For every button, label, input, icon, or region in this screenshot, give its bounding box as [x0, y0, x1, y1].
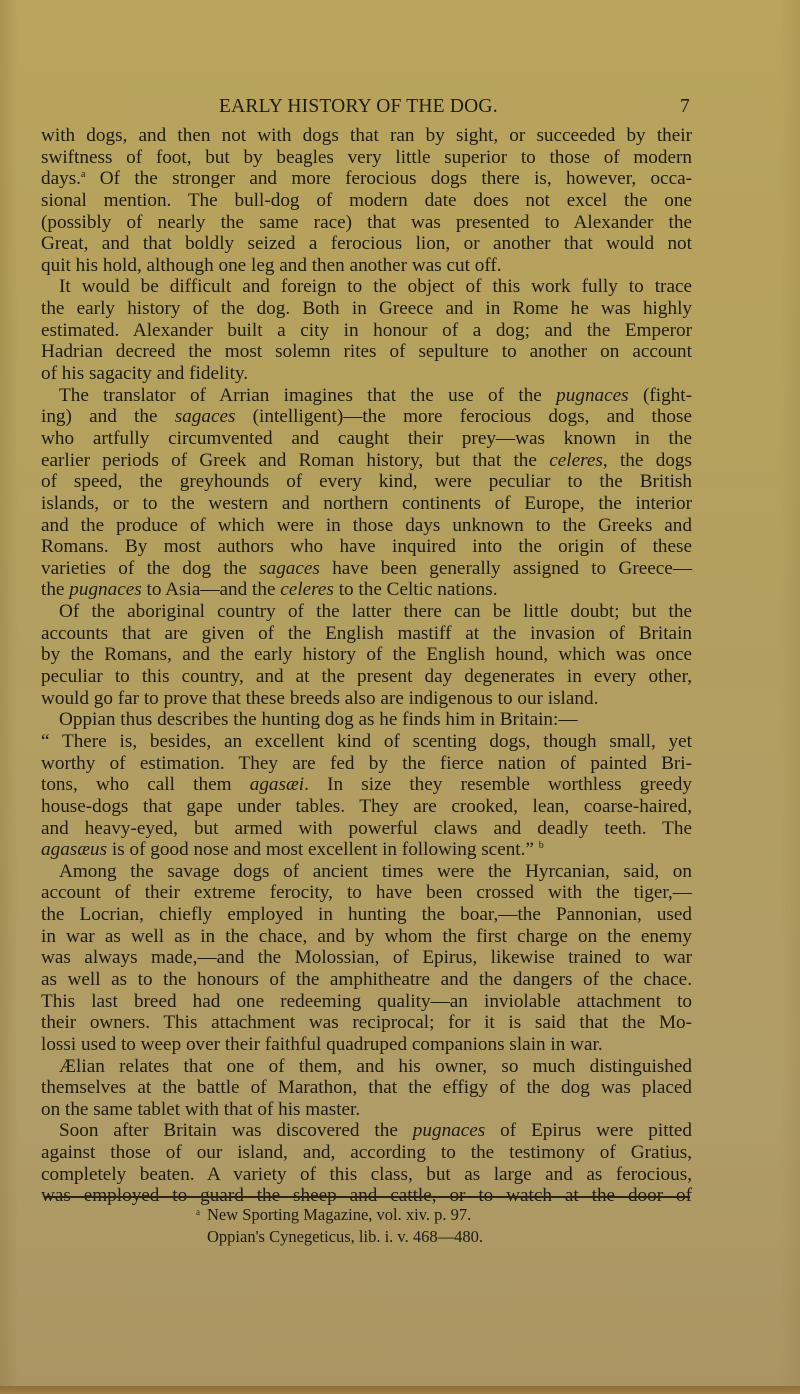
text-run: , the dogs [603, 450, 692, 471]
text-run: Of the aboriginal country of the latter … [59, 601, 692, 622]
text-line: Ælian relates that one of them, and his … [41, 1056, 692, 1078]
italic-term: agasæi [250, 774, 304, 795]
text-line: swiftness of foot, but by beagles very l… [41, 147, 692, 169]
text-run: of Epirus were pitted [485, 1120, 692, 1141]
text-run: to the Celtic nations. [334, 579, 498, 600]
footnote-rule [45, 1196, 690, 1198]
footnote-text: New Sporting Magazine, vol. xiv. p. 97. [207, 1205, 471, 1224]
text-line: account of their extreme ferocity, to ha… [41, 882, 692, 904]
text-line: sional mention. The bull-dog of modern d… [41, 190, 692, 212]
text-run: worthy of estimation. They are fed by th… [41, 753, 692, 774]
text-run: would go far to prove that these breeds … [41, 688, 598, 709]
text-run: in war as well as in the chace, and by w… [41, 926, 692, 947]
text-line: the Locrian, chiefly employed in hunting… [41, 904, 692, 926]
text-run: the early history of the dog. Both in Gr… [41, 298, 692, 319]
text-line: earlier periods of Greek and Roman histo… [41, 450, 692, 472]
text-run: days. [41, 168, 81, 189]
text-run: as well as to the honours of the amphith… [41, 969, 692, 990]
text-line: themselves at the battle of Marathon, th… [41, 1077, 692, 1099]
text-run: and the produce of which were in those d… [41, 515, 692, 536]
text-run: themselves at the battle of Marathon, th… [41, 1077, 692, 1098]
text-line: tons, who call them agasæi. In size they… [41, 774, 692, 796]
text-line: Of the aboriginal country of the latter … [41, 601, 692, 623]
text-run: swiftness of foot, but by beagles very l… [41, 147, 692, 168]
text-run: earlier periods of Greek and Roman histo… [41, 450, 549, 471]
text-run: on the same tablet with that of his mast… [41, 1099, 360, 1120]
text-run: This last breed had one redeeming qualit… [41, 991, 692, 1012]
text-run: the Locrian, chiefly employed in hunting… [41, 904, 692, 925]
text-run: ing) and the [41, 406, 175, 427]
italic-term: celeres [549, 450, 603, 471]
text-run: (intelligent)—the more ferocious dogs, a… [235, 406, 692, 427]
italic-term: agasæus [41, 839, 107, 860]
text-line: the pugnaces to Asia—and the celeres to … [41, 579, 692, 601]
text-line: The translator of Arrian imagines that t… [41, 385, 692, 407]
text-run: (possibly of nearly the same race) that … [41, 212, 692, 233]
text-run: completely beaten. A variety of this cla… [41, 1164, 692, 1185]
text-run: house-dogs that gape under tables. They … [41, 796, 692, 817]
text-run: quit his hold, although one leg and then… [41, 255, 502, 276]
text-run: with dogs, and then not with dogs that r… [41, 125, 692, 146]
page-bottom-edge [0, 1386, 800, 1394]
text-line: islands, or to the western and northern … [41, 493, 692, 515]
text-line: agasæus is of good nose and most excelle… [41, 839, 692, 861]
italic-term: sagaces [175, 406, 236, 427]
text-line: and heavy-eyed, but armed with powerful … [41, 818, 692, 840]
text-run: by the Romans, and the early history of … [41, 644, 692, 665]
text-line: (possibly of nearly the same race) that … [41, 212, 692, 234]
text-run: against those of our island, and, accord… [41, 1142, 692, 1163]
text-run: Ælian relates that one of them, and his … [59, 1056, 692, 1077]
text-line: by the Romans, and the early history of … [41, 644, 692, 666]
text-run: and heavy-eyed, but armed with powerful … [41, 818, 692, 839]
text-line: against those of our island, and, accord… [41, 1142, 692, 1164]
text-line: would go far to prove that these breeds … [41, 688, 692, 710]
text-line: It would be difficult and foreign to the… [41, 276, 692, 298]
text-run: have been generally assigned to Greece— [320, 558, 692, 579]
text-run: Hadrian decreed the most solemn rites of… [41, 341, 692, 362]
text-run: is of good nose and most excellent in fo… [107, 839, 539, 860]
text-line: Among the savage dogs of ancient times w… [41, 861, 692, 883]
text-line: as well as to the honours of the amphith… [41, 969, 692, 991]
text-run: the [41, 579, 69, 600]
text-run: their owners. This attachment was recipr… [41, 1012, 692, 1033]
text-run: Great, and that boldly seized a ferociou… [41, 233, 692, 254]
text-run: Romans. By most authors who have inquire… [41, 536, 692, 557]
text-run: The translator of Arrian imagines that t… [59, 385, 556, 406]
text-line: in war as well as in the chace, and by w… [41, 926, 692, 948]
footnote-mark: a [196, 1203, 207, 1223]
text-line: and the produce of which were in those d… [41, 515, 692, 537]
text-line: estimated. Alexander built a city in hon… [41, 320, 692, 342]
italic-term: pugnaces [69, 579, 141, 600]
italic-term: sagaces [259, 558, 320, 579]
text-run: lossi used to weep over their faithful q… [41, 1034, 603, 1055]
text-run: . In size they resemble worthless greedy [304, 774, 692, 795]
text-run: peculiar to this country, and at the pre… [41, 666, 692, 687]
footnote-b: bOppian's Cynegeticus, lib. i. v. 468—48… [196, 1225, 616, 1247]
text-run: to Asia—and the [142, 579, 281, 600]
text-run: of speed, the greyhounds of every kind, … [41, 471, 692, 492]
text-line: was always made,—and the Molossian, of E… [41, 947, 692, 969]
text-line: Romans. By most authors who have inquire… [41, 536, 692, 558]
text-run: account of their extreme ferocity, to ha… [41, 882, 692, 903]
italic-term: pugnaces [556, 385, 628, 406]
text-line: of speed, the greyhounds of every kind, … [41, 471, 692, 493]
text-line: the early history of the dog. Both in Gr… [41, 298, 692, 320]
text-line: on the same tablet with that of his mast… [41, 1099, 692, 1121]
text-line: worthy of estimation. They are fed by th… [41, 753, 692, 775]
italic-term: celeres [280, 579, 334, 600]
text-line: peculiar to this country, and at the pre… [41, 666, 692, 688]
footnote-text: Oppian's Cynegeticus, lib. i. v. 468—480… [207, 1227, 483, 1246]
text-line: completely beaten. A variety of this cla… [41, 1164, 692, 1186]
text-run: of his sagacity and fidelity. [41, 363, 248, 384]
text-line: ing) and the sagaces (intelligent)—the m… [41, 406, 692, 428]
text-line: quit his hold, although one leg and then… [41, 255, 692, 277]
text-run: was always made,—and the Molossian, of E… [41, 947, 692, 968]
running-title: EARLY HISTORY OF THE DOG. [219, 96, 498, 118]
text-line: lossi used to weep over their faithful q… [41, 1034, 692, 1056]
body-text: with dogs, and then not with dogs that r… [41, 125, 692, 1207]
text-line: house-dogs that gape under tables. They … [41, 796, 692, 818]
text-line: days.a Of the stronger and more ferociou… [41, 168, 692, 190]
text-run: sional mention. The bull-dog of modern d… [41, 190, 692, 211]
text-line: who artfully circumvented and caught the… [41, 428, 692, 450]
text-run: It would be difficult and foreign to the… [59, 276, 692, 297]
text-line: “ There is, besides, an excellent kind o… [41, 731, 692, 753]
text-line: Hadrian decreed the most solemn rites of… [41, 341, 692, 363]
footnote-ref: b [539, 840, 544, 851]
text-run: Oppian thus describes the hunting dog as… [59, 709, 578, 730]
text-run: islands, or to the western and northern … [41, 493, 692, 514]
text-line: This last breed had one redeeming qualit… [41, 991, 692, 1013]
text-run: (fight- [629, 385, 692, 406]
text-run: Among the savage dogs of ancient times w… [59, 861, 692, 882]
text-run: tons, who call them [41, 774, 250, 795]
text-line: with dogs, and then not with dogs that r… [41, 125, 692, 147]
text-line: of his sagacity and fidelity. [41, 363, 692, 385]
text-run: Of the stronger and more ferocious dogs … [85, 168, 692, 189]
text-line: accounts that are given of the English m… [41, 623, 692, 645]
text-run: “ There is, besides, an excellent kind o… [41, 731, 692, 752]
text-run: varieties of the dog the [41, 558, 259, 579]
text-run: who artfully circumvented and caught the… [41, 428, 692, 449]
footnote-a: aNew Sporting Magazine, vol. xiv. p. 97. [196, 1203, 616, 1225]
text-line: varieties of the dog the sagaces have be… [41, 558, 692, 580]
text-line: their owners. This attachment was recipr… [41, 1012, 692, 1034]
italic-term: pugnaces [413, 1120, 485, 1141]
page-number: 7 [680, 96, 690, 118]
text-line: Soon after Britain was discovered the pu… [41, 1120, 692, 1142]
text-line: Oppian thus describes the hunting dog as… [41, 709, 692, 731]
running-head: EARLY HISTORY OF THE DOG. 7 [0, 96, 800, 120]
text-run: accounts that are given of the English m… [41, 623, 692, 644]
text-line: Great, and that boldly seized a ferociou… [41, 233, 692, 255]
text-run: estimated. Alexander built a city in hon… [41, 320, 692, 341]
footnotes: aNew Sporting Magazine, vol. xiv. p. 97.… [196, 1203, 616, 1246]
text-run: Soon after Britain was discovered the [59, 1120, 413, 1141]
